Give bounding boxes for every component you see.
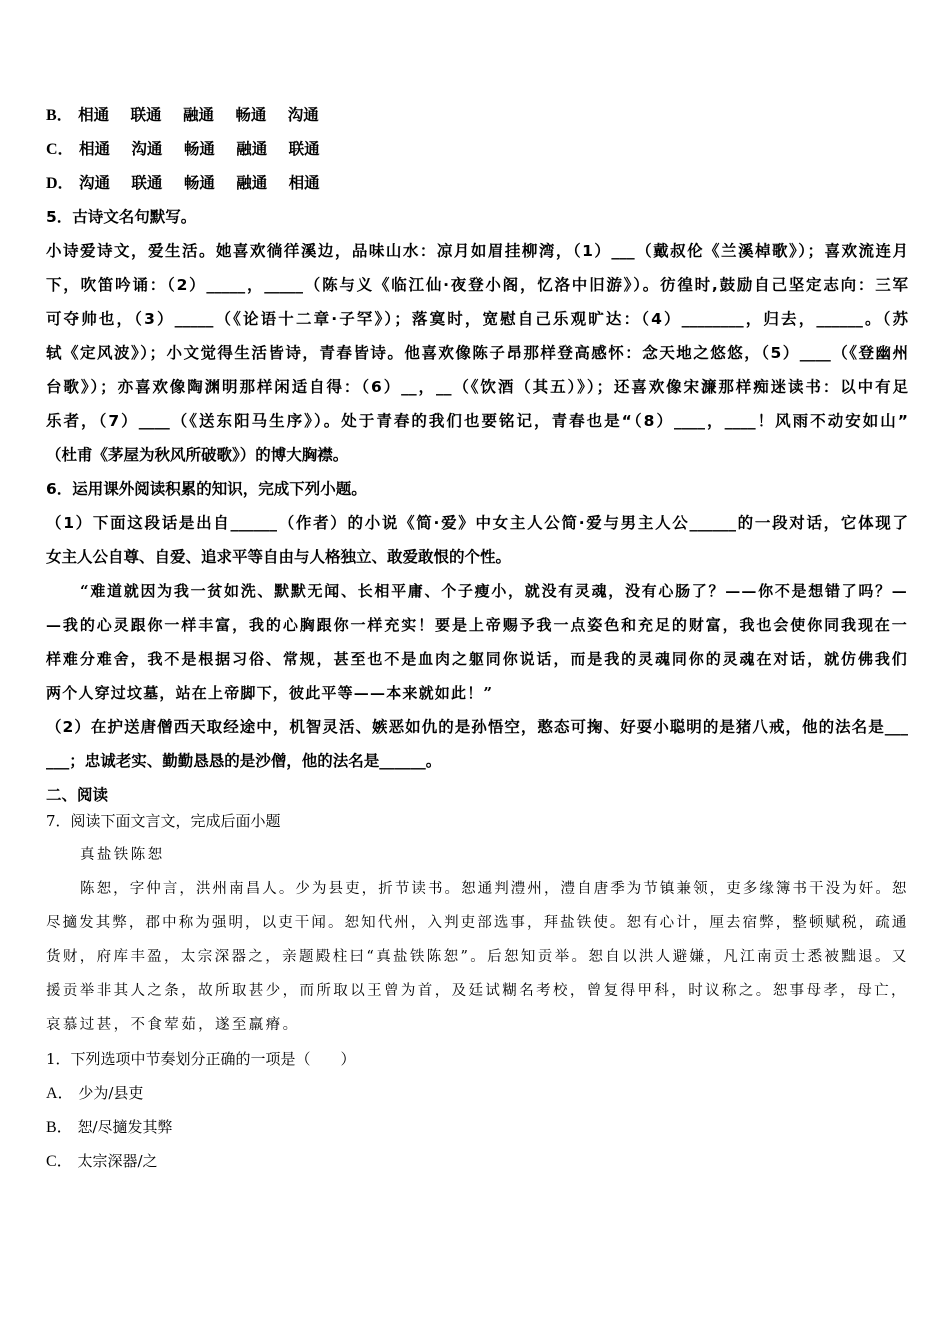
passage-line: 尽擿发其弊，郡中称为强明，以吏干闻。恕知代州，入判吏部选事，拜盐铁使。恕有心计，… <box>46 906 908 940</box>
option-word: 融通 <box>183 106 214 124</box>
option-text: 恕/尽擿发其弊 <box>77 1118 172 1136</box>
option-word: 相通 <box>289 174 320 192</box>
q5-line: 乐者，（7）____（《送东阳马生序》）。处于青春的我们也要铭记，青春也是“（8… <box>46 404 908 438</box>
sub1-option-a[interactable]: A． 少为/县吏 <box>46 1076 908 1110</box>
option-word: 畅通 <box>184 174 215 192</box>
option-word: 相通 <box>79 140 110 158</box>
q4-option-b[interactable]: B． 相通 联通 融通 畅通 沟通 <box>46 98 908 132</box>
passage-title: 真盐铁陈恕 <box>46 838 908 872</box>
option-text: 少为/县吏 <box>78 1084 143 1102</box>
passage-line: 货财，府库丰盈，太宗深器之，亲题殿柱曰“真盐铁陈恕”。后恕知贡举。恕自以洪人避嫌… <box>46 940 908 974</box>
option-letter: C． <box>46 1153 73 1170</box>
q5-line: 轼《定风波》）；小文觉得生活皆诗，青春皆诗。他喜欢像陈子昂那样登高感怀：念天地之… <box>46 336 908 370</box>
q5-line: 下，吹笛吟诵：（2）_____，_____（陈与义《临江仙·夜登小阁，忆洛中旧游… <box>46 268 908 302</box>
option-word: 相通 <box>78 106 109 124</box>
option-word: 联通 <box>131 174 162 192</box>
q5-line: 可夺帅也，（3）_____（《论语十二章·子罕》）；落寞时，宽慰自己乐观旷达：（… <box>46 302 908 336</box>
passage-line: 陈恕，字仲言，洪州南昌人。少为县吏，折节读书。恕通判澧州，澧自唐季为节镇兼领，吏… <box>46 872 908 906</box>
q5-line: 小诗爱诗文，爱生活。她喜欢徜徉溪边，品味山水：凉月如眉挂柳湾，（1）___（戴叔… <box>46 234 908 268</box>
sub1-option-c[interactable]: C． 太宗深器/之 <box>46 1144 908 1178</box>
jane-eyre-quote-line: —我的心灵跟你一样丰富，我的心胸跟你一样充实！要是上帝赐予我一点姿色和充足的财富… <box>46 608 908 642</box>
sub1-option-b[interactable]: B． 恕/尽擿发其弊 <box>46 1110 908 1144</box>
option-word: 融通 <box>236 174 267 192</box>
exam-page: B． 相通 联通 融通 畅通 沟通 C． 相通 沟通 畅通 融通 联通 D． 沟… <box>46 98 908 1178</box>
q5-line: （杜甫《茅屋为秋风所破歌》）的博大胸襟。 <box>46 438 908 472</box>
option-word: 畅通 <box>235 106 266 124</box>
sub-question-1: 1．下列选项中节奏划分正确的一项是（ ） <box>46 1042 908 1076</box>
q6-part1-line: 女主人公自尊、自爱、追求平等自由与人格独立、敢爱敢恨的个性。 <box>46 540 908 574</box>
jane-eyre-quote-line: 样难分难舍，我不是根据习俗、常规，甚至也不是血肉之躯同你说话，而是我的灵魂同你的… <box>46 642 908 676</box>
option-word: 联通 <box>289 140 320 158</box>
option-letter: B． <box>46 107 73 124</box>
option-word: 沟通 <box>79 174 110 192</box>
jane-eyre-quote-line: 两个人穿过坟墓，站在上帝脚下，彼此平等——本来就如此！” <box>46 676 908 710</box>
option-letter: D． <box>46 175 74 192</box>
option-word: 联通 <box>131 106 162 124</box>
option-word: 畅通 <box>184 140 215 158</box>
option-word: 沟通 <box>131 140 162 158</box>
passage-line: 哀慕过甚，不食荤茹，遂至羸瘠。 <box>46 1008 908 1042</box>
option-word: 沟通 <box>288 106 319 124</box>
q6-title: 6．运用课外阅读积累的知识，完成下列小题。 <box>46 472 908 506</box>
q6-part1-line: （1）下面这段话是出自______（作者）的小说《简·爱》中女主人公简·爱与男主… <box>46 506 908 540</box>
option-letter: C． <box>46 141 74 158</box>
section-heading: 二、阅读 <box>46 782 908 808</box>
q7-title: 7．阅读下面文言文，完成后面小题 <box>46 808 908 834</box>
q6-part2-line: ___；忠诚老实、勤勤恳恳的是沙僧，他的法名是______。 <box>46 744 908 778</box>
q6-part2-line: （2）在护送唐僧西天取经途中，机智灵活、嫉恶如仇的是孙悟空，憨态可掬、好耍小聪明… <box>46 710 908 744</box>
passage-line: 援贡举非其人之条，故所取甚少，而所取以王曾为首，及廷试糊名考校，曾复得甲科，时议… <box>46 974 908 1008</box>
jane-eyre-quote-line: “难道就因为我一贫如洗、默默无闻、长相平庸、个子瘦小，就没有灵魂，没有心肠了？—… <box>46 574 908 608</box>
q4-option-c[interactable]: C． 相通 沟通 畅通 融通 联通 <box>46 132 908 166</box>
option-text: 太宗深器/之 <box>77 1152 157 1170</box>
q5-line: 台歌》）；亦喜欢像陶渊明那样闲适自得：（6）__，__（《饮酒（其五）》）；还喜… <box>46 370 908 404</box>
q4-option-d[interactable]: D． 沟通 联通 畅通 融通 相通 <box>46 166 908 200</box>
option-letter: B． <box>46 1119 73 1136</box>
q5-title: 5．古诗文名句默写。 <box>46 200 908 234</box>
option-letter: A． <box>46 1085 74 1102</box>
option-word: 融通 <box>236 140 267 158</box>
